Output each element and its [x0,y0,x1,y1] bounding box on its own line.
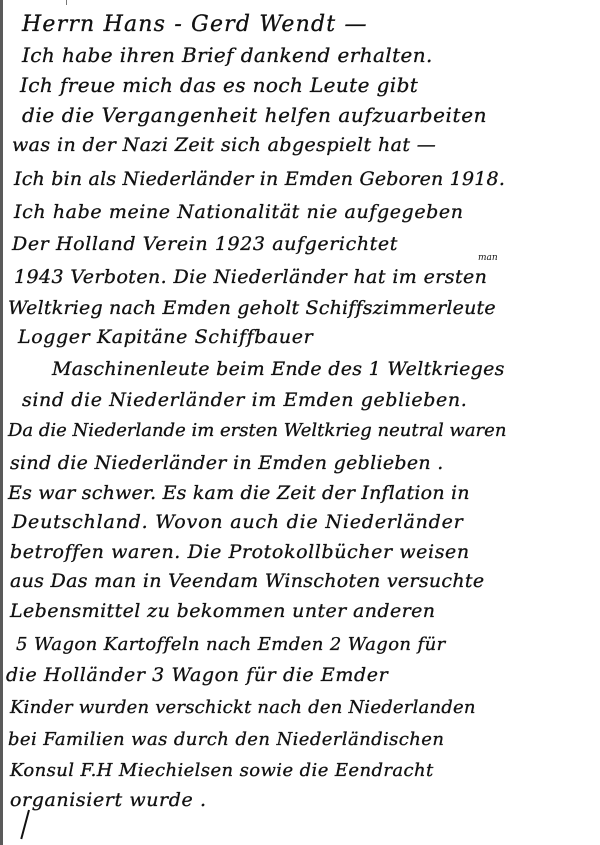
letter-line-19: Lebensmittel zu bekommen unter anderen [10,600,435,622]
letter-line-22: Kinder wurden verschickt nach den Nieder… [10,697,476,718]
letter-line-21: die Holländer 3 Wagon für die Emder [6,664,388,686]
letter-line-5: Ich bin als Niederländer in Emden Gebore… [14,168,505,190]
letter-line-20: 5 Wagon Kartoffeln nach Emden 2 Wagon fü… [16,634,446,655]
letter-line-25: organisiert wurde . [10,789,207,811]
letter-line-10: Logger Kapitäne Schiffbauer [18,326,313,348]
letter-line-7: Der Holland Verein 1923 aufgerichtet [12,233,398,255]
interlinear-insert: man [478,253,498,263]
letter-line-16: Deutschland. Wovon auch die Niederländer [12,511,464,533]
handwriting-descender-stroke [20,810,30,839]
letter-line-13: Da die Niederlande im ersten Weltkrieg n… [8,420,506,441]
letter-line-23: bei Familien was durch den Niederländisc… [8,729,444,750]
letter-line-3: die die Vergangenheit helfen aufzuarbeit… [22,103,487,127]
letter-line-14: sind die Niederländer in Emden geblieben… [10,452,444,474]
letter-line-4: was in der Nazi Zeit sich abgespielt hat… [12,134,436,156]
scan-border-edge [0,0,3,845]
letter-line-11: Maschinenleute beim Ende des 1 Weltkrieg… [52,358,505,380]
letter-line-8: 1943 Verboten. Die Niederländer hat im e… [14,266,487,288]
letter-line-12: sind die Niederländer im Emden geblieben… [22,389,467,411]
scan-mark [66,0,67,5]
letter-line-17: betroffen waren. Die Protokollbücher wei… [10,541,470,563]
letter-line-6: Ich habe meine Nationalität nie aufgegeb… [14,201,464,223]
letter-line-18: aus Das man in Veendam Winschoten versuc… [10,570,484,592]
letter-line-15: Es war schwer. Es kam die Zeit der Infla… [8,482,470,504]
letter-line-2: Ich freue mich das es noch Leute gibt [20,73,418,97]
letter-line-1: Ich habe ihren Brief dankend erhalten. [22,43,433,67]
letter-line-24: Konsul F.H Miechielsen sowie die Eendrac… [10,760,434,781]
salutation-line: Herrn Hans - Gerd Wendt — [22,12,368,37]
letter-line-9: Weltkrieg nach Emden geholt Schiffszimme… [8,297,496,319]
scanned-letter-page: Herrn Hans - Gerd Wendt — Ich habe ihren… [0,0,600,845]
